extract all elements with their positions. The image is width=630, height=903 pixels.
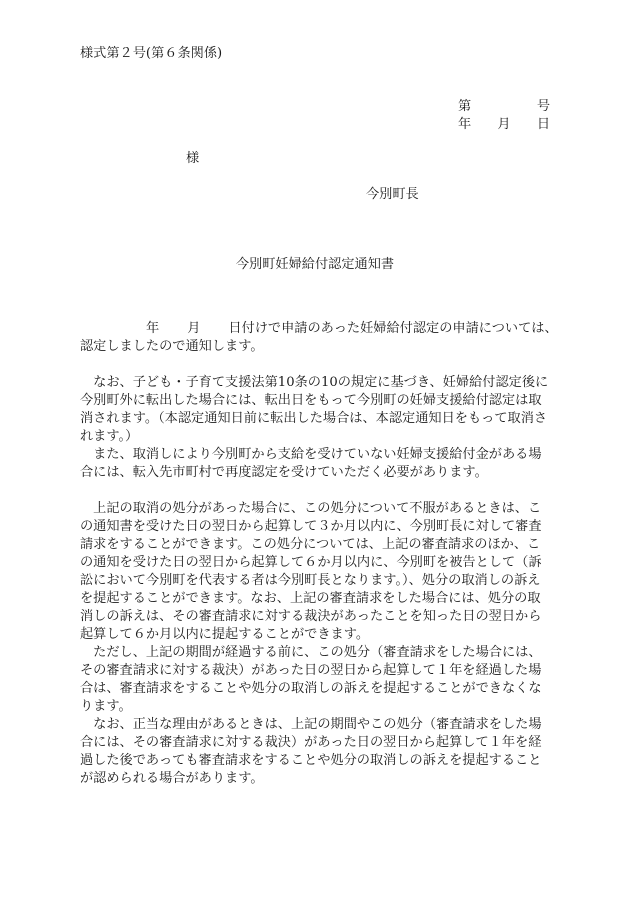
addressee-suffix: 様 (186, 150, 199, 168)
paragraph2-line: 消されます。（本認定通知日前に転出した場合は、本認定通知日をもって取消さ (80, 410, 580, 428)
reference-go: 号 (537, 98, 550, 116)
document-title: 今別町妊婦給付認定通知書 (0, 256, 630, 274)
paragraph3-line: の通知書を受けた日の翌日から起算して３か月以内に、今別町長に対して審査 (80, 518, 580, 536)
document-reference: 第 号 年 月 日 (458, 98, 550, 134)
paragraph3-line: 起算して６か月以内に提起することができます。 (80, 626, 580, 644)
paragraph2-line: れます。） (80, 428, 580, 446)
paragraph2-line: なお、子ども・子育て支援法第10条の10の規定に基づき、妊婦給付認定後に (80, 374, 580, 392)
paragraph3-line: の通知を受けた日の翌日から起算して６か月以内に、今別町を被告として（訴 (80, 554, 580, 572)
reference-number-row: 第 号 (458, 98, 550, 116)
paragraph3-line: 請求をすることができます。この処分については、上記の審査請求のほか、こ (80, 536, 580, 554)
paragraph3-line: 過した後であっても審査請求をすることや処分の取消しの訴えを提起すること (80, 752, 580, 770)
reference-year: 年 (458, 116, 471, 134)
intro-month-label: 月 (187, 321, 200, 336)
paragraph3-line: が認められる場合があります。 (80, 770, 580, 788)
paragraph3-line: ただし、上記の期間が経過する前に、この処分（審査請求をした場合には、 (80, 644, 580, 662)
reference-date-row: 年 月 日 (458, 116, 550, 134)
paragraph3-line: ります。 (80, 698, 580, 716)
intro-year-label: 年 (146, 321, 159, 336)
paragraph3-line: 訟において今別町を代表する者は今別町長となります。）、処分の取消しの訴え (80, 572, 580, 590)
intro-line1-rest: 日付けで申請のあった妊婦給付認定の申請については、 (228, 321, 557, 336)
paragraph3-line: なお、正当な理由があるときは、上記の期間やこの処分（審査請求をした場 (80, 716, 580, 734)
document-body: 年月日付けで申請のあった妊婦給付認定の申請については、 認定しましたので通知しま… (80, 320, 580, 788)
document-title-text: 今別町妊婦給付認定通知書 (236, 257, 394, 272)
paragraph3-line: 合は、審査請求をすることや処分の取消しの訴えを提起することができなくな (80, 680, 580, 698)
paragraph3-line: 消しの訴えは、その審査請求に対する裁決があったことを知った日の翌日から (80, 608, 580, 626)
paragraph3-line: 合には、その審査請求に対する裁決）があった日の翌日から起算して１年を経 (80, 734, 580, 752)
reference-day: 日 (537, 116, 550, 134)
intro-line-2: 認定しましたので通知します。 (80, 338, 580, 356)
paragraph2-line: 合には、転入先市町村で再度認定を受けていただく必要があります。 (80, 464, 580, 482)
paragraph2-line: また、取消しにより今別町から支給を受けていない妊婦支援給付金がある場 (80, 446, 580, 464)
paragraph3-line: 上記の取消の処分があった場合に、この処分について不服があるときは、こ (80, 500, 580, 518)
paragraph2-line: 今別町外に転出した場合には、転出日をもって今別町の妊婦支援給付認定は取 (80, 392, 580, 410)
reference-dai: 第 (458, 98, 471, 116)
paragraph3-line: を提起することができます。なお、上記の審査請求をした場合には、処分の取 (80, 590, 580, 608)
issuer: 今別町長 (366, 186, 419, 204)
form-number: 様式第２号(第６条関係) (80, 45, 222, 63)
reference-month: 月 (497, 116, 510, 134)
intro-line-1: 年月日付けで申請のあった妊婦給付認定の申請については、 (80, 320, 580, 338)
paragraph3-line: その審査請求に対する裁決）があった日の翌日から起算して１年を経過した場 (80, 662, 580, 680)
